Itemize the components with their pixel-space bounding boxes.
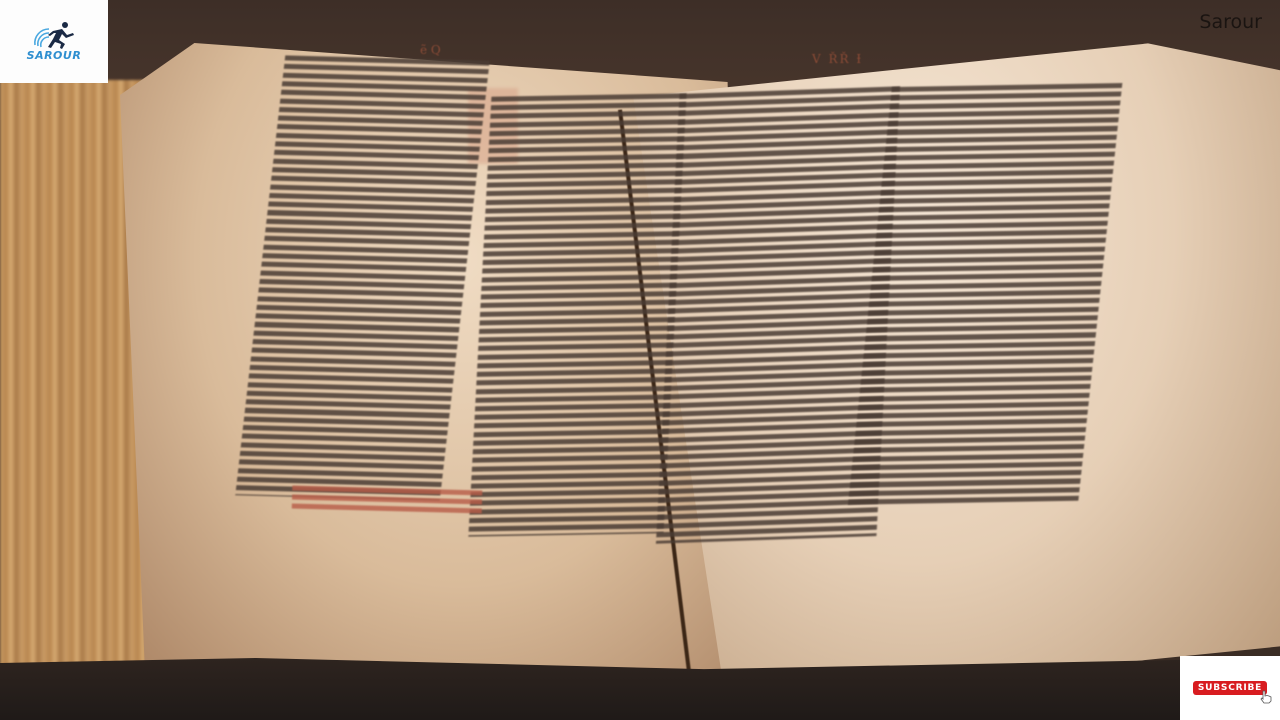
- right-folio: V ŘŘ Ɨ: [812, 52, 863, 66]
- hand-cursor-icon: [1259, 690, 1273, 704]
- logo-text: SAROUR: [27, 49, 82, 62]
- channel-watermark: Sarour: [1199, 11, 1262, 33]
- subscribe-overlay[interactable]: SUBSCRIBE: [1180, 656, 1280, 720]
- book-photo: ẽ Q V ŘŘ Ɨ: [0, 0, 1280, 720]
- text-column-4: [848, 83, 1123, 507]
- running-man-icon: [29, 21, 79, 51]
- channel-logo: SAROUR: [0, 0, 108, 83]
- red-rubric-lines: [292, 486, 483, 516]
- subscribe-label: SUBSCRIBE: [1198, 683, 1262, 693]
- left-folio: ẽ Q: [420, 43, 441, 57]
- subscribe-button[interactable]: SUBSCRIBE: [1193, 681, 1267, 695]
- text-column-2: [468, 93, 686, 536]
